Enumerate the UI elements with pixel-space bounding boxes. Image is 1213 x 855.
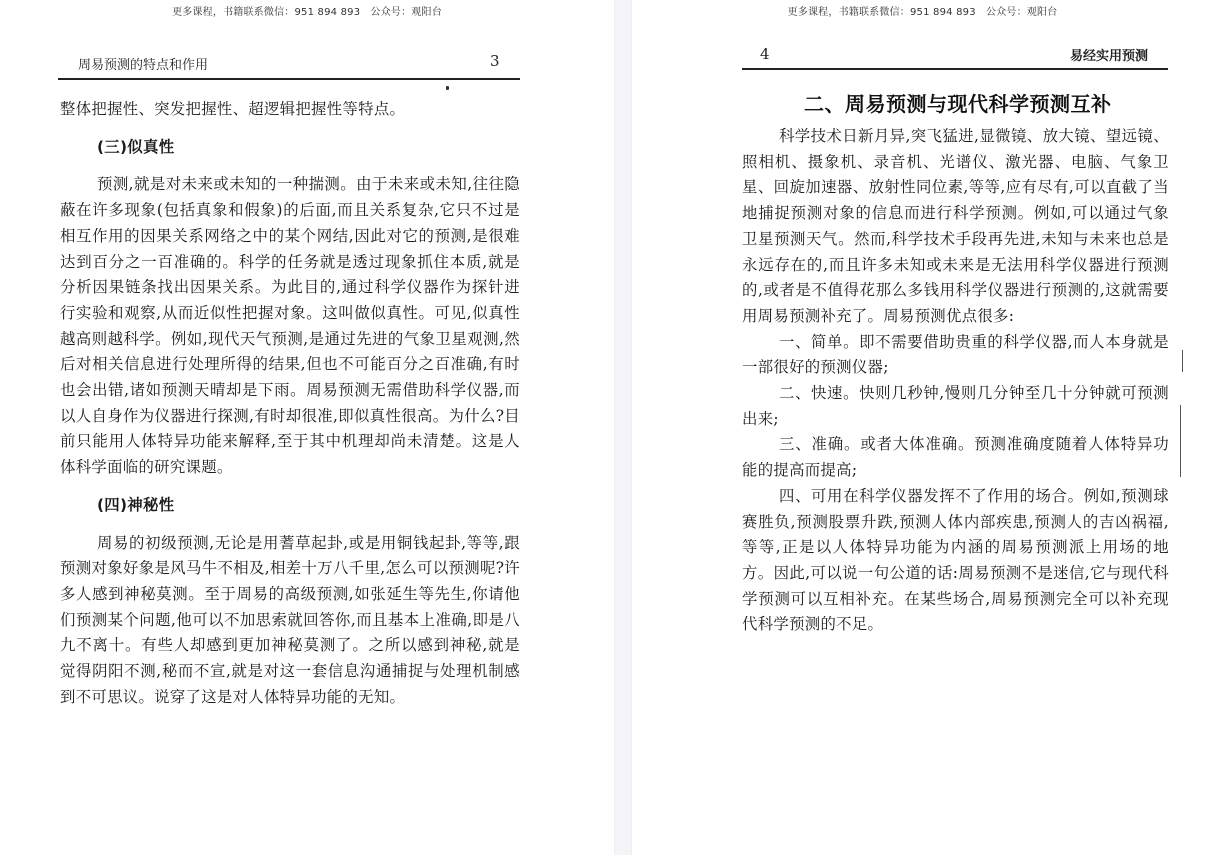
page-number: 3: [490, 52, 500, 70]
list-item: 二、快速。快则几秒钟,慢则几分钟至几十分钟就可预测出来;: [742, 381, 1169, 432]
running-title: 周易预测的特点和作用: [78, 54, 208, 73]
document-page-3: 更多课程，书籍联系微信：951 894 893 公众号：观阳台 周易预测的特点和…: [0, 0, 614, 855]
scan-artifact: [1180, 405, 1181, 477]
continuation-paragraph: 整体把握性、突发把握性、超逻辑把握性等特点。: [60, 97, 520, 123]
section-heading: (三)似真性: [60, 135, 520, 161]
page-body: 科学技术日新月异,突飞猛进,显微镜、放大镜、望远镜、照相机、摄象机、录音机、光谱…: [742, 124, 1169, 638]
chapter-heading: 二、周易预测与现代科学预测互补: [804, 88, 1112, 117]
paragraph: 周易的初级预测,无论是用蓍草起卦,或是用铜钱起卦,等等,跟预测对象好象是风马牛不…: [60, 531, 520, 711]
document-page-4: 更多课程，书籍联系微信：951 894 893 公众号：观阳台 4 易经实用预测…: [632, 0, 1213, 855]
watermark-text: 更多课程，书籍联系微信：951 894 893 公众号：观阳台: [632, 3, 1213, 18]
watermark-text: 更多课程，书籍联系微信：951 894 893 公众号：观阳台: [0, 3, 614, 18]
list-item: 三、准确。或者大体准确。预测准确度随着人体特异功能的提高而提高;: [742, 432, 1169, 483]
paragraph: 科学技术日新月异,突飞猛进,显微镜、放大镜、望远镜、照相机、摄象机、录音机、光谱…: [742, 124, 1169, 330]
list-item: 四、可用在科学仪器发挥不了作用的场合。例如,预测球赛胜负,预测股票升跌,预测人体…: [742, 484, 1169, 638]
paragraph: 预测,就是对未来或未知的一种揣测。由于未来或未知,往往隐蔽在许多现象(包括真象和…: [60, 172, 520, 480]
running-title: 易经实用预测: [1070, 45, 1148, 64]
list-item: 一、简单。即不需要借助贵重的科学仪器,而人本身就是一部很好的预测仪器;: [742, 330, 1169, 381]
page-body: 整体把握性、突发把握性、超逻辑把握性等特点。 (三)似真性 预测,就是对未来或未…: [60, 97, 520, 710]
scan-artifact: [446, 86, 449, 90]
page-gutter: [614, 0, 632, 855]
section-heading: (四)神秘性: [60, 493, 520, 519]
scan-artifact: [1182, 350, 1183, 372]
header-rule: [58, 78, 520, 80]
page-number: 4: [760, 45, 770, 63]
header-rule: [742, 68, 1168, 70]
